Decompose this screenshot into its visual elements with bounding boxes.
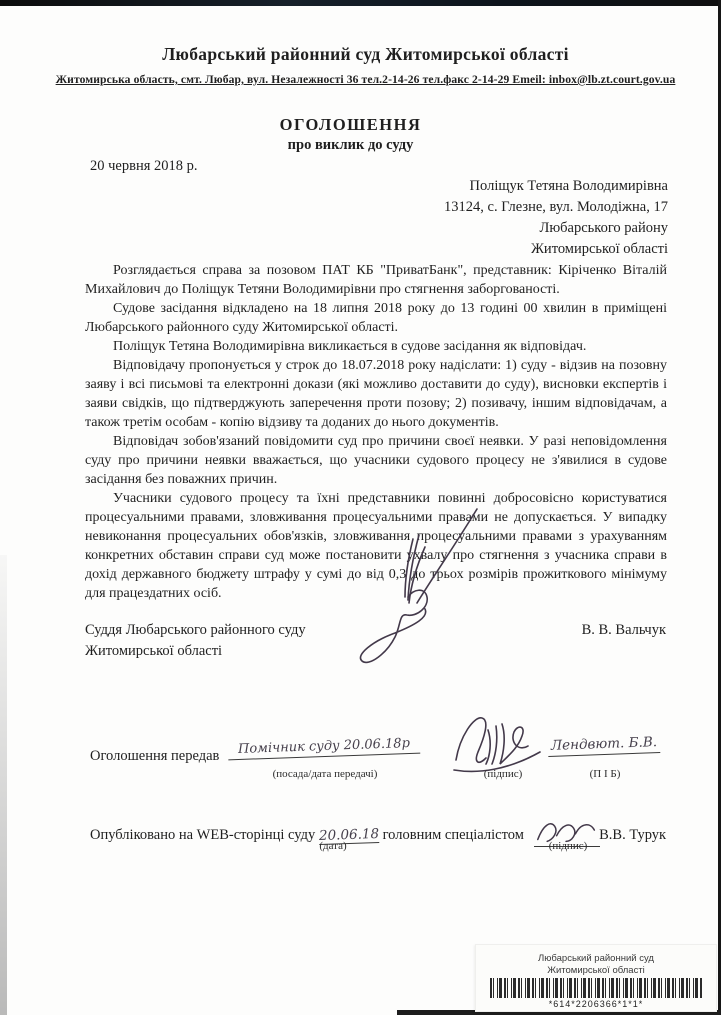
judge-title-line2: Житомирської області [85, 641, 306, 662]
addressee-name: Поліщук Тетяна Володимирівна [444, 176, 668, 197]
scanned-court-document: Любарський районний суд Житомирської обл… [0, 0, 721, 1015]
document-date: 20 червня 2018 р. [90, 158, 198, 175]
transfer-label: Оголошення передав [90, 748, 219, 765]
judge-title-block: Суддя Любарського районного суду Житомир… [85, 620, 306, 662]
published-label-middle: головним спеціалістом [383, 827, 524, 843]
caption-position-date: (посада/дата передачі) [230, 768, 420, 780]
court-name: Любарський районний суд Житомирської обл… [30, 44, 701, 65]
barcode-sticker: Любарський районний суд Житомирської обл… [475, 944, 717, 1012]
judge-signature [355, 505, 485, 675]
published-specialist-name: В.В. Турук [599, 827, 666, 843]
sticker-region: Житомирської області [476, 965, 716, 977]
paragraph-deadline: Відповідачу пропонується у строк до 18.0… [85, 356, 667, 432]
barcode-image [490, 978, 702, 998]
document-title: ОГОЛОШЕННЯ [0, 115, 701, 135]
scan-artifact-top [0, 0, 721, 6]
judge-title-line1: Суддя Любарського районного суду [85, 620, 306, 641]
caption-name: (П І Б) [560, 768, 650, 780]
published-label-prefix: Опубліковано на WEB-сторінці суду [90, 827, 315, 843]
document-header: Любарський районний суд Житомирської обл… [30, 44, 701, 86]
caption-signature: (підпис) [468, 768, 538, 780]
paragraph-case: Розглядається справа за позовом ПАТ КБ "… [85, 261, 667, 299]
handwritten-position-date: Помічник суду 20.06.18р [238, 736, 410, 757]
court-contact-line: Житомирська область, смт. Любар, вул. Не… [30, 73, 701, 86]
caption-publish-date: (дата) [298, 840, 368, 852]
handwritten-name: Лендвют. Б.В. [551, 734, 658, 754]
addressee-region: Житомирської області [444, 239, 668, 260]
paragraph-summons: Поліщук Тетяна Володимирівна викликаєтьс… [85, 337, 667, 356]
addressee-address: 13124, с. Глезне, вул. Молодіжна, 17 [444, 197, 668, 218]
document-subtitle: про виклик до суду [0, 137, 701, 154]
barcode-number: *614*2206366*1*1* [476, 999, 716, 1009]
transfer-position-field: Помічник суду 20.06.18р [228, 735, 421, 761]
scan-artifact-left [0, 555, 7, 1015]
caption-publish-signature: (підпис) [528, 840, 608, 852]
sticker-court-name: Любарський районний суд [476, 953, 716, 965]
paragraph-absence: Відповідач зобов'язаний повідомити суд п… [85, 432, 667, 489]
addressee-block: Поліщук Тетяна Володимирівна 13124, с. Г… [444, 176, 668, 260]
transfer-name-field: Лендвют. Б.В. [548, 734, 661, 757]
addressee-district: Любарського району [444, 218, 668, 239]
judge-name: В. В. Вальчук [582, 622, 666, 639]
paragraph-hearing: Судове засідання відкладено на 18 липня … [85, 299, 667, 337]
